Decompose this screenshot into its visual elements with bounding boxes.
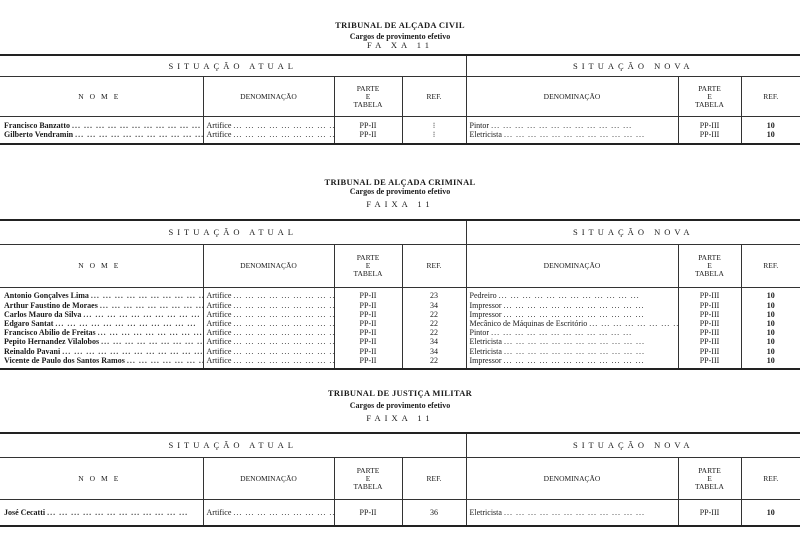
cell-den-nova: Impressor ... ... ... ... ... ... ... ..… xyxy=(466,310,678,319)
positions-table: SITUAÇÃO ATUAL SITUAÇÃO NOVA NOME DENOMI… xyxy=(0,219,800,370)
col-ref-atual: REF. xyxy=(402,77,466,117)
group-situacao-nova: SITUAÇÃO NOVA xyxy=(466,433,800,458)
cell-ref-atual: 36 xyxy=(402,500,466,526)
section-justica-militar: TRIBUNAL DE JUSTIÇA MILITAR Cargos de pr… xyxy=(0,388,800,527)
cell-ref-atual: 34 xyxy=(402,347,466,356)
cell-nome: Antonio Gonçalves Lima ... ... ... ... .… xyxy=(0,288,203,301)
col-ref-atual: REF. xyxy=(402,245,466,288)
cell-nome: Francisco Abilio de Freitas ... ... ... … xyxy=(0,328,203,337)
cell-den-atual: Artifice ... ... ... ... ... ... ... ...… xyxy=(203,130,334,144)
cell-den-atual: Artifice ... ... ... ... ... ... ... ...… xyxy=(203,288,334,301)
cell-ref-atual: 22 xyxy=(402,356,466,365)
table-row: Antonio Gonçalves Lima ... ... ... ... .… xyxy=(0,288,800,301)
cell-nome: Carlos Mauro da Silva ... ... ... ... ..… xyxy=(0,310,203,319)
cell-den-atual: Artifice ... ... ... ... ... ... ... ...… xyxy=(203,347,334,356)
cell-ref-nova: 10 xyxy=(741,328,800,337)
cell-den-nova: Impressor ... ... ... ... ... ... ... ..… xyxy=(466,356,678,365)
group-situacao-nova: SITUAÇÃO NOVA xyxy=(466,220,800,245)
cell-parte-atual: PP-II xyxy=(334,347,402,356)
cell-nome: José Cecatti ... ... ... ... ... ... ...… xyxy=(0,500,203,526)
positions-table: SITUAÇÃO ATUAL SITUAÇÃO NOVA NOME DENOMI… xyxy=(0,54,800,145)
cell-parte-nova: PP-III xyxy=(678,328,741,337)
section-alcada-civil: TRIBUNAL DE ALÇADA CIVIL Cargos de provi… xyxy=(0,20,800,145)
col-parte-tabela-atual: PARTEETABELA xyxy=(334,458,402,500)
cell-den-nova: Mecânico de Máquinas de Escritório ... .… xyxy=(466,319,678,328)
table-row: Arthur Faustino de Moraes ... ... ... ..… xyxy=(0,301,800,310)
cell-den-nova: Eletricista ... ... ... ... ... ... ... … xyxy=(466,500,678,526)
cell-den-atual: Artifice ... ... ... ... ... ... ... ...… xyxy=(203,356,334,365)
section-subtitle: Cargos de provimento efetivo xyxy=(0,401,800,410)
table-row: Pepito Hernandez Vilalobos ... ... ... .… xyxy=(0,337,800,346)
cell-den-atual: Artifice ... ... ... ... ... ... ... ...… xyxy=(203,117,334,131)
cell-ref-nova: 10 xyxy=(741,130,800,144)
cell-parte-atual: PP-II xyxy=(334,319,402,328)
cell-ref-atual: ⁝ xyxy=(402,130,466,144)
cell-nome: Francisco Banzatto ... ... ... ... ... .… xyxy=(0,117,203,131)
group-situacao-atual: SITUAÇÃO ATUAL xyxy=(0,55,466,77)
cell-den-atual: Artifice ... ... ... ... ... ... ... ...… xyxy=(203,328,334,337)
col-nome: NOME xyxy=(0,245,203,288)
cell-ref-nova: 10 xyxy=(741,500,800,526)
cell-nome: Gilberto Vendramin ... ... ... ... ... .… xyxy=(0,130,203,144)
col-parte-tabela-nova: PARTEETABELA xyxy=(678,458,741,500)
col-parte-tabela-atual: PARTEETABELA xyxy=(334,245,402,288)
col-ref-atual: REF. xyxy=(402,458,466,500)
section-title: TRIBUNAL DE JUSTIÇA MILITAR xyxy=(0,388,800,398)
cell-ref-atual: 34 xyxy=(402,301,466,310)
cell-nome: Pepito Hernandez Vilalobos ... ... ... .… xyxy=(0,337,203,346)
section-title: TRIBUNAL DE ALÇADA CIVIL xyxy=(0,20,800,30)
cell-ref-nova: 10 xyxy=(741,117,800,131)
table-row: Francisco Abilio de Freitas ... ... ... … xyxy=(0,328,800,337)
table-row: Reinaldo Pavani ... ... ... ... ... ... … xyxy=(0,347,800,356)
col-denominacao-nova: DENOMINAÇÃO xyxy=(466,458,678,500)
cell-ref-nova: 10 xyxy=(741,319,800,328)
cell-ref-nova: 10 xyxy=(741,356,800,365)
cell-parte-atual: PP-II xyxy=(334,301,402,310)
cell-ref-nova: 10 xyxy=(741,288,800,301)
cell-den-nova: Eletricista ... ... ... ... ... ... ... … xyxy=(466,337,678,346)
col-ref-nova: REF. xyxy=(741,458,800,500)
section-subtitle: Cargos de provimento efetivo xyxy=(0,187,800,196)
col-denominacao-nova: DENOMINAÇÃO xyxy=(466,77,678,117)
group-situacao-atual: SITUAÇÃO ATUAL xyxy=(0,220,466,245)
cell-ref-atual: 34 xyxy=(402,337,466,346)
col-ref-nova: REF. xyxy=(741,77,800,117)
col-parte-tabela-nova: PARTEETABELA xyxy=(678,77,741,117)
cell-ref-atual: ⁝ xyxy=(402,117,466,131)
col-denominacao-atual: DENOMINAÇÃO xyxy=(203,77,334,117)
cell-ref-nova: 10 xyxy=(741,301,800,310)
cell-parte-nova: PP-III xyxy=(678,337,741,346)
cell-nome: Vicente de Paulo dos Santos Ramos ... ..… xyxy=(0,356,203,365)
cell-parte-nova: PP-III xyxy=(678,319,741,328)
table-row: Edgaro Santat ... ... ... ... ... ... ..… xyxy=(0,319,800,328)
cell-parte-nova: PP-III xyxy=(678,310,741,319)
cell-nome: Arthur Faustino de Moraes ... ... ... ..… xyxy=(0,301,203,310)
cell-parte-atual: PP-II xyxy=(334,288,402,301)
group-situacao-nova: SITUAÇÃO NOVA xyxy=(466,55,800,77)
cell-parte-atual: PP-II xyxy=(334,500,402,526)
cell-parte-atual: PP-II xyxy=(334,130,402,144)
cell-parte-atual: PP-II xyxy=(334,117,402,131)
cell-parte-nova: PP-III xyxy=(678,301,741,310)
cell-den-nova: Pintor ... ... ... ... ... ... ... ... .… xyxy=(466,328,678,337)
cell-den-nova: Pedreiro ... ... ... ... ... ... ... ...… xyxy=(466,288,678,301)
cell-parte-nova: PP-III xyxy=(678,347,741,356)
positions-table: SITUAÇÃO ATUAL SITUAÇÃO NOVA NOME DENOMI… xyxy=(0,432,800,527)
col-parte-tabela-nova: PARTEETABELA xyxy=(678,245,741,288)
table-row: Francisco Banzatto ... ... ... ... ... .… xyxy=(0,117,800,131)
cell-parte-nova: PP-III xyxy=(678,356,741,365)
cell-ref-atual: 22 xyxy=(402,328,466,337)
cell-den-nova: Impressor ... ... ... ... ... ... ... ..… xyxy=(466,301,678,310)
table-row: José Cecatti ... ... ... ... ... ... ...… xyxy=(0,500,800,526)
section-title: TRIBUNAL DE ALÇADA CRIMINAL xyxy=(0,177,800,187)
col-denominacao-atual: DENOMINAÇÃO xyxy=(203,458,334,500)
cell-den-atual: Artifice ... ... ... ... ... ... ... ...… xyxy=(203,319,334,328)
cell-nome: Reinaldo Pavani ... ... ... ... ... ... … xyxy=(0,347,203,356)
cell-parte-atual: PP-II xyxy=(334,328,402,337)
col-denominacao-nova: DENOMINAÇÃO xyxy=(466,245,678,288)
cell-ref-nova: 10 xyxy=(741,337,800,346)
cell-ref-atual: 22 xyxy=(402,310,466,319)
cell-ref-nova: 10 xyxy=(741,347,800,356)
section-header: TRIBUNAL DE ALÇADA CIVIL Cargos de provi… xyxy=(0,20,800,49)
cell-parte-atual: PP-II xyxy=(334,310,402,319)
col-parte-tabela-atual: PARTEETABELA xyxy=(334,77,402,117)
cell-den-nova: Eletricista ... ... ... ... ... ... ... … xyxy=(466,347,678,356)
section-faixa: FAIXA 11 xyxy=(0,413,800,423)
section-alcada-criminal: TRIBUNAL DE ALÇADA CRIMINAL Cargos de pr… xyxy=(0,177,800,370)
cell-parte-atual: PP-II xyxy=(334,356,402,365)
section-header: TRIBUNAL DE ALÇADA CRIMINAL Cargos de pr… xyxy=(0,177,800,209)
col-nome: NOME xyxy=(0,458,203,500)
cell-parte-nova: PP-III xyxy=(678,288,741,301)
cell-den-atual: Artifice ... ... ... ... ... ... ... ...… xyxy=(203,337,334,346)
group-situacao-atual: SITUAÇÃO ATUAL xyxy=(0,433,466,458)
section-faixa: FAIXA 11 xyxy=(0,199,800,209)
table-row: Vicente de Paulo dos Santos Ramos ... ..… xyxy=(0,356,800,365)
col-ref-nova: REF. xyxy=(741,245,800,288)
cell-parte-nova: PP-III xyxy=(678,500,741,526)
section-faixa: FA XA 11 xyxy=(0,41,800,49)
cell-nome: Edgaro Santat ... ... ... ... ... ... ..… xyxy=(0,319,203,328)
cell-den-atual: Artifice ... ... ... ... ... ... ... ...… xyxy=(203,310,334,319)
cell-ref-nova: 10 xyxy=(741,310,800,319)
cell-den-atual: Artifice ... ... ... ... ... ... ... ...… xyxy=(203,301,334,310)
cell-den-atual: Artifice ... ... ... ... ... ... ... ...… xyxy=(203,500,334,526)
cell-den-nova: Pintor ... ... ... ... ... ... ... ... .… xyxy=(466,117,678,131)
cell-parte-atual: PP-II xyxy=(334,337,402,346)
section-header: TRIBUNAL DE JUSTIÇA MILITAR Cargos de pr… xyxy=(0,388,800,423)
cell-ref-atual: 23 xyxy=(402,288,466,301)
table-row: Carlos Mauro da Silva ... ... ... ... ..… xyxy=(0,310,800,319)
cell-parte-nova: PP-III xyxy=(678,117,741,131)
col-nome: NOME xyxy=(0,77,203,117)
col-denominacao-atual: DENOMINAÇÃO xyxy=(203,245,334,288)
cell-parte-nova: PP-III xyxy=(678,130,741,144)
cell-den-nova: Eletricista ... ... ... ... ... ... ... … xyxy=(466,130,678,144)
cell-ref-atual: 22 xyxy=(402,319,466,328)
table-row: Gilberto Vendramin ... ... ... ... ... .… xyxy=(0,130,800,144)
